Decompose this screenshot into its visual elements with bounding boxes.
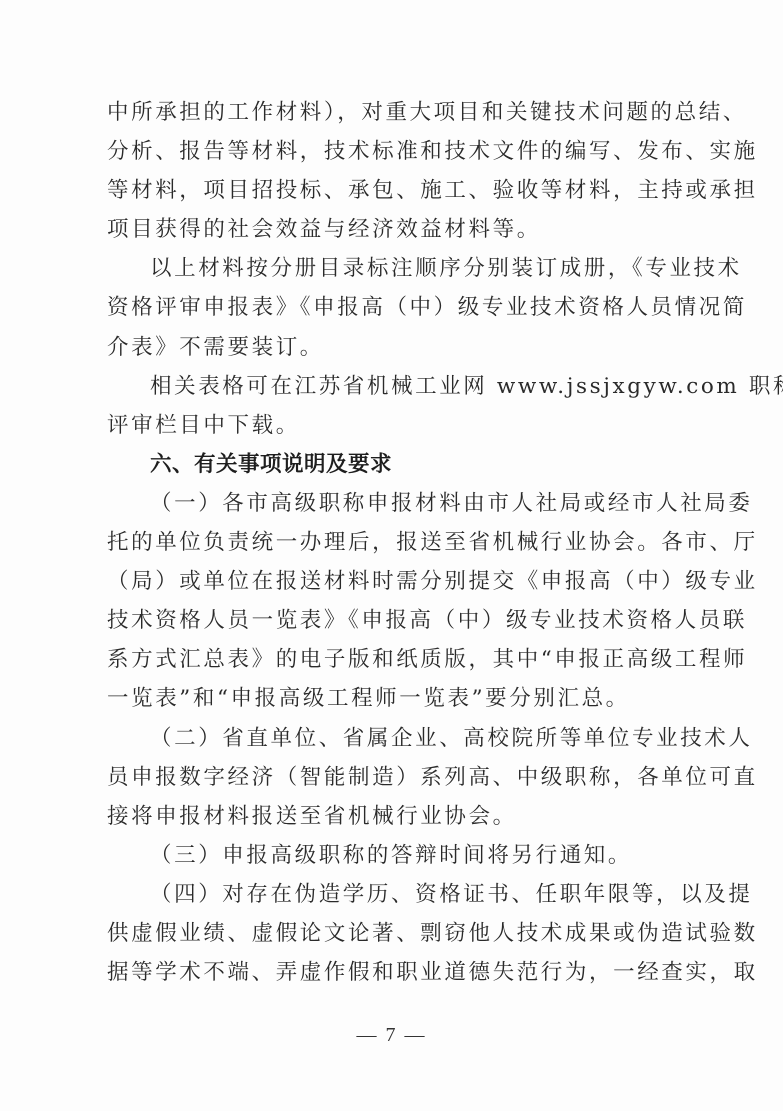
paragraph-start-line: 相关表格可在江苏省机械工业网 www.jssjxgyw.com 职称 [107,372,679,411]
text-line: 资格评审申报表》《申报高（中）级专业技术资格人员情况简 [107,293,679,332]
text-line: 接将申报材料报送至省机械行业协会。 [107,802,679,841]
text-line: 评审栏目中下载。 [107,411,679,450]
text-line: 托的单位负责统一办理后，报送至省机械行业协会。各市、厅 [107,528,679,567]
text-line: 介表》不需要装订。 [107,333,679,372]
paragraph-start-line: （四）对存在伪造学历、资格证书、任职年限等，以及提 [107,880,679,919]
text-line: 员申报数字经济（智能制造）系列高、中级职称，各单位可直 [107,763,679,802]
text-line: （局）或单位在报送材料时需分别提交《申报高（中）级专业 [107,567,679,606]
paragraph-start-line: （二）省直单位、省属企业、高校院所等单位专业技术人 [107,724,679,763]
document-body: 中所承担的工作材料），对重大项目和关键技术问题的总结、 分析、报告等材料，技术标… [107,98,679,997]
section-heading: 六、有关事项说明及要求 [107,450,679,489]
paragraph-start-line: （三）申报高级职称的答辩时间将另行通知。 [107,841,679,880]
text-line: 技术资格人员一览表》《申报高（中）级专业技术资格人员联 [107,606,679,645]
text-line: 一览表”和“申报高级工程师一览表”要分别汇总。 [107,684,679,723]
text-line: 据等学术不端、弄虚作假和职业道德失范行为，一经查实，取 [107,958,679,997]
text-line: 供虚假业绩、虚假论文论著、剽窃他人技术成果或伪造试验数 [107,919,679,958]
text-line: 中所承担的工作材料），对重大项目和关键技术问题的总结、 [107,98,679,137]
page-number: — 7 — [0,1024,783,1047]
text-line: 系方式汇总表》的电子版和纸质版，其中“申报正高级工程师 [107,645,679,684]
text-line: 分析、报告等材料，技术标准和技术文件的编写、发布、实施 [107,137,679,176]
paragraph-start-line: 以上材料按分册目录标注顺序分别装订成册，《专业技术 [107,254,679,293]
paragraph-start-line: （一）各市高级职称申报材料由市人社局或经市人社局委 [107,489,679,528]
text-line: 等材料，项目招投标、承包、施工、验收等材料，主持或承担 [107,176,679,215]
text-line: 项目获得的社会效益与经济效益材料等。 [107,215,679,254]
